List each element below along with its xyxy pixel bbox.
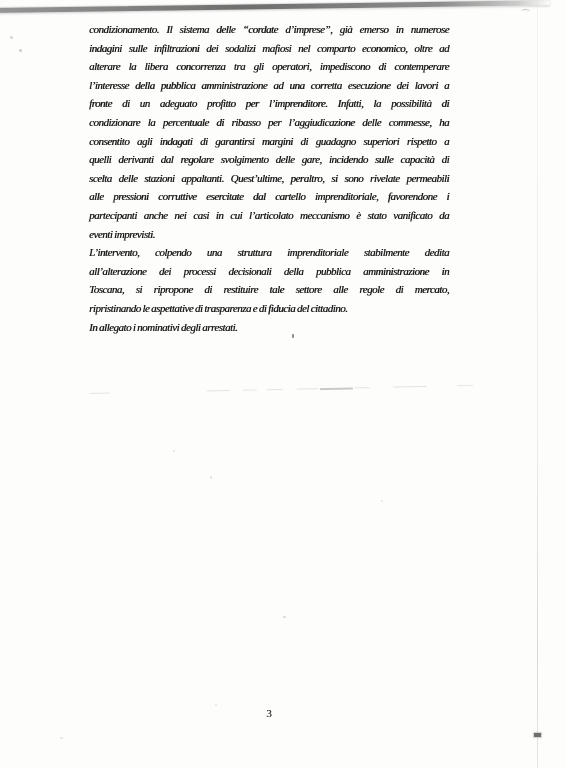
scan-noise-speck <box>381 500 383 502</box>
text-line: alterare la libera concorrenza tra gli o… <box>89 58 449 77</box>
scanned-document-page: condizionamento. Il sistema delle “corda… <box>0 0 566 768</box>
scan-noise-speck <box>283 616 286 618</box>
scan-noise-speck <box>292 334 294 338</box>
text-line: partecipanti anche nei casi in cui l’art… <box>89 207 449 226</box>
text-line: L’intervento, colpendo una struttura imp… <box>89 244 449 263</box>
text-line: condizionare la percentuale di ribasso p… <box>89 114 449 133</box>
scan-artifact-corner-squiggle <box>521 8 531 14</box>
scan-noise-speck <box>210 476 212 479</box>
page-number: 3 <box>266 708 272 720</box>
text-line: condizionamento. Il sistema delle “corda… <box>89 21 449 40</box>
scan-noise-speck <box>10 36 13 39</box>
text-line: ripristinando le aspettative di traspare… <box>89 300 449 319</box>
scan-artifact-right-edge-mark <box>534 733 541 737</box>
text-line: Toscana, si ripropone di restituire tale… <box>89 281 449 300</box>
text-line: consentito agli indagati di garantirsi m… <box>89 133 449 152</box>
scan-artifact-top-band <box>0 0 550 13</box>
text-line: indagini sulle infiltrazioni dei sodaliz… <box>89 40 449 59</box>
text-line: l’interesse della pubblica amministrazio… <box>89 77 449 96</box>
scan-noise-speck <box>19 49 22 52</box>
document-body-text: condizionamento. Il sistema delle “corda… <box>89 21 449 337</box>
text-line: fronte di un adeguato profitto per l’imp… <box>89 95 449 114</box>
scan-noise-speck <box>173 450 175 452</box>
scan-noise-speck <box>215 704 217 706</box>
text-line: quelli derivanti dal regolare svolgiment… <box>89 151 449 170</box>
text-line: all’alterazione dei processi decisionali… <box>89 263 449 282</box>
text-line: In allegato i nominativi degli arrestati… <box>89 319 449 338</box>
text-line: alle pressioni corruttive esercitate dal… <box>89 188 449 207</box>
text-line: eventi imprevisti. <box>89 226 449 245</box>
scan-noise-speck <box>60 737 63 739</box>
scan-artifact-right-edge-line <box>537 0 538 768</box>
text-line: scelta delle stazioni appaltanti. Quest’… <box>89 170 449 189</box>
scan-artifact-crease-line <box>88 385 480 395</box>
